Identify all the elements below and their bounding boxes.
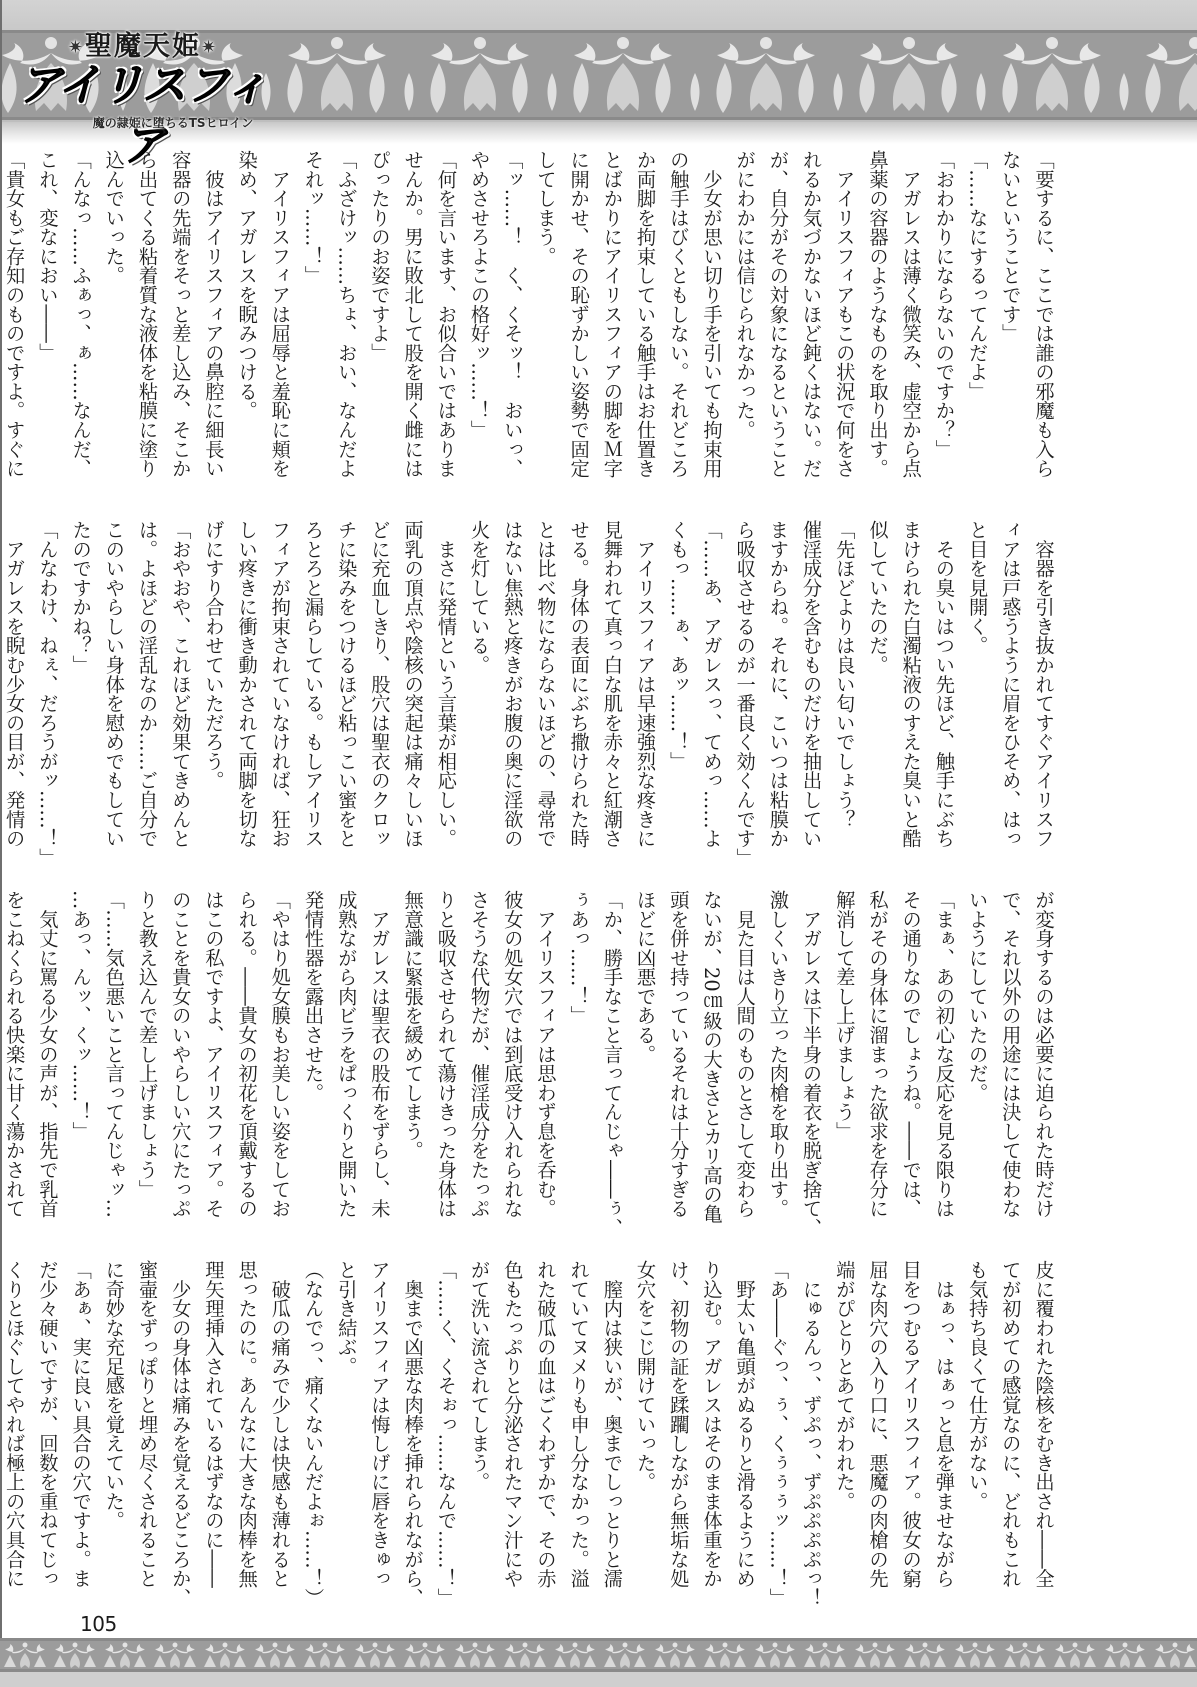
text-column: 見た目は人間のものとさして変わら xyxy=(728,890,761,1220)
text-column: 頭を併せ持っているそれは十分すぎる xyxy=(662,890,695,1220)
text-column: さそうな代物だが、催淫成分をたっぷ xyxy=(462,890,495,1220)
text-column: と目を見開く。 xyxy=(960,520,993,850)
text-column: 解消して差し上げましょう」 xyxy=(828,890,861,1220)
text-column: 理矢理挿入されているはずなのに―― xyxy=(197,1260,230,1590)
text-block-2: 容器を引き抜かれてすぐアイリスフィアは戸惑うように眉をひそめ、はっと目を見開く。… xyxy=(60,520,1060,850)
text-column: と引き結ぶ。 xyxy=(330,1260,363,1590)
text-column: 両乳の頂点や陰核の突起は痛々しいほ xyxy=(396,520,429,850)
text-column: 染め、アガレスを睨みつける。 xyxy=(230,150,263,480)
text-column: しい疼きに衝き動かされて両脚を切な xyxy=(230,520,263,850)
text-column: 「か、勝手なこと言ってんじゃ――ぅ、 xyxy=(595,890,628,1220)
text-block-1: 「要するに、ここでは誰の邪魔も入らないということです」「……なにするってんだよ」… xyxy=(60,150,1060,480)
text-column: げにすり合わせていただろう。 xyxy=(197,520,230,850)
text-block-3: が変身するのは必要に迫られた時だけで、それ以外の用途には決して使わないようにして… xyxy=(60,890,1060,1220)
text-column: まけられた白濁粘液のすえた臭いと酷 xyxy=(894,520,927,850)
text-column: 思ったのに。あんなに大きな肉棒を無 xyxy=(230,1260,263,1590)
text-column: だ少々硬いですが、回数を重ねてじっ xyxy=(31,1260,64,1590)
text-column: チに染みをつけるほど粘っこい蜜をと xyxy=(330,520,363,850)
text-column: その通りなのでしょうね。――では、 xyxy=(894,890,927,1220)
text-column: 少女の身体は痛みを覚えるどころか、 xyxy=(164,1260,197,1590)
series-logo: ✷聖魔天姫✷ アイリスフィア 魔の隷姫に堕ちるTSヒロイン xyxy=(8,10,278,128)
text-column: 「……気色悪いこと言ってんじゃッ… xyxy=(97,890,130,1220)
text-column: アガレスは薄く微笑み、虚空から点 xyxy=(894,150,927,480)
page-number: 105 xyxy=(80,1612,117,1636)
text-column: 「ふざけッ……ちょ、おい、なんだよ xyxy=(330,150,363,480)
footer-ornament-border xyxy=(0,1638,1197,1672)
text-column: 「あ――ぐっ、ぅ、くぅぅぅッ……！」 xyxy=(761,1260,794,1590)
text-column: それッ……！」 xyxy=(296,150,329,480)
star-icon: ✷ xyxy=(68,37,85,58)
text-column: 野太い亀頭がぬるりと滑るようにめ xyxy=(728,1260,761,1590)
text-column: はない焦熱と疼きがお腹の奥に淫欲の xyxy=(496,520,529,850)
text-column: 「まぁ、あの初心な反応を見る限りは xyxy=(927,890,960,1220)
text-column: （なんでっ、痛くないんだよぉ……！） xyxy=(296,1260,329,1590)
text-column: が変身するのは必要に迫られた時だけ xyxy=(1027,890,1060,1220)
text-column: これ、変なにおい――」 xyxy=(31,150,64,480)
text-column: 催淫成分を含むものだけを抽出してい xyxy=(794,520,827,850)
text-column: 容器を引き抜かれてすぐアイリスフ xyxy=(1027,520,1060,850)
text-column: ろとろと漏らしている。もしアイリス xyxy=(296,520,329,850)
text-column: ないが、20㎝級の大きさとカリ高の亀 xyxy=(695,890,728,1220)
text-column: に奇妙な充足感を覚えていた。 xyxy=(97,1260,130,1590)
text-column: 「んなわけ、ねぇ、だろうがッ……！」 xyxy=(31,520,64,850)
text-column: 彼女の処女穴では到底受け入れられな xyxy=(496,890,529,1220)
text-column: 皮に覆われた陰核をむき出され――全 xyxy=(1027,1260,1060,1590)
text-column: りと教え込んで差し上げましょう」 xyxy=(130,890,163,1220)
text-column: 「先ほどよりは良い匂いでしょう？ xyxy=(828,520,861,850)
text-column: がて洗い流されてしまう。 xyxy=(462,1260,495,1590)
text-block-4: 皮に覆われた陰核をむき出され――全てが初めての感覚なのに、どれもこれも気持ち良く… xyxy=(60,1260,1060,1590)
footer-band xyxy=(0,1672,1197,1687)
text-column: いようにしていたのだ。 xyxy=(960,890,993,1220)
text-column: 「あぁ、実に良い具合の穴ですよ。ま xyxy=(64,1260,97,1590)
text-column: アガレスは下半身の着衣を脱ぎ捨て、 xyxy=(794,890,827,1220)
text-column: 「何を言います、お似合いではありま xyxy=(429,150,462,480)
text-column: このいやらしい身体を慰めでもしてい xyxy=(97,520,130,850)
text-column: か両脚を拘束している触手はお仕置き xyxy=(628,150,661,480)
text-column: 鼻薬の容器のようなものを取り出す。 xyxy=(861,150,894,480)
text-column: 「……なにするってんだよ」 xyxy=(960,150,993,480)
text-column: をこねくられる快楽に甘く蕩かされて xyxy=(0,890,31,1220)
text-column: 見舞われて真っ白な肌を赤々と紅潮さ xyxy=(595,520,628,850)
text-column: りと吸収させられて蕩けきった身体は xyxy=(429,890,462,1220)
text-column: 無意識に緊張を緩めてしまう。 xyxy=(396,890,429,1220)
text-column: アイリスフィアもこの状況で何をさ xyxy=(828,150,861,480)
text-column: …あっ、んッ、くッ……！」 xyxy=(64,890,97,1220)
text-column: はこの私ですよ、アイリスフィア。そ xyxy=(197,890,230,1220)
text-column: られる。――貴女の初花を頂戴するの xyxy=(230,890,263,1220)
text-column: のことを貴女のいやらしい穴にたっぷ xyxy=(164,890,197,1220)
text-column: に開かせ、その恥ずかしい姿勢で固定 xyxy=(562,150,595,480)
text-column: まさに発情という言葉が相応しい。 xyxy=(429,520,462,850)
text-column: 成熟ながら肉ビラをぱっくりと開いた xyxy=(330,890,363,1220)
text-column: 激しくいきり立った肉槍を取り出す。 xyxy=(761,890,794,1220)
text-column: け、初物の証を蹂躙しながら無垢な処 xyxy=(662,1260,695,1590)
text-column: 「んなっ……ふぁっ、ぁ……なんだ、 xyxy=(64,150,97,480)
text-column: てが初めての感覚なのに、どれもこれ xyxy=(994,1260,1027,1590)
text-column: 似していたのだ。 xyxy=(861,520,894,850)
text-column: やめさせろよこの格好ッ……！」 xyxy=(462,150,495,480)
text-column: ら吸収させるのが一番良く効くんです」 xyxy=(728,520,761,850)
text-column: せんか。男に敗北して股を開く雌には xyxy=(396,150,429,480)
text-column: で、それ以外の用途には決して使わな xyxy=(994,890,1027,1220)
text-column: してしまう。 xyxy=(529,150,562,480)
text-column: くもっ……ぁ、あッ……！」 xyxy=(662,520,695,850)
text-column: り込む。アガレスはそのまま体重をか xyxy=(695,1260,728,1590)
text-column: 込んでいった。 xyxy=(97,150,130,480)
text-column: フィアが拘束されていなければ、狂お xyxy=(263,520,296,850)
text-column: たのですかね？」 xyxy=(64,520,97,850)
text-column: ィアは戸惑うように眉をひそめ、はっ xyxy=(994,520,1027,850)
text-column: ぅあっ……！」 xyxy=(562,890,595,1220)
text-column: 「やはり処女膜もお美しい姿をしてお xyxy=(263,890,296,1220)
text-column: 「ッ……！ く、くそッ！ おいっ、 xyxy=(496,150,529,480)
text-column: アガレスを睨む少女の目が、発情の xyxy=(0,520,31,850)
text-column: 「……く、くそぉっ……なんで……！」 xyxy=(429,1260,462,1590)
text-column: れた破瓜の血はごくわずかで、その赤 xyxy=(529,1260,562,1590)
text-column: がにわかには信じられなかった。 xyxy=(728,150,761,480)
text-column: 膣内は狭いが、奥までしっとりと濡 xyxy=(595,1260,628,1590)
text-column: はぁっ、はぁっと息を弾ませながら xyxy=(927,1260,960,1590)
text-column: 少女が思い切り手を引いても拘束用 xyxy=(695,150,728,480)
star-icon: ✷ xyxy=(201,37,218,58)
ornament-pattern-icon xyxy=(0,1641,1197,1669)
text-column: 容器の先端をそっと差し込み、そこか xyxy=(164,150,197,480)
text-column: 「要するに、ここでは誰の邪魔も入ら xyxy=(1027,150,1060,480)
text-column: 目をつむるアイリスフィア。彼女の窮 xyxy=(894,1260,927,1590)
text-column: アガレスは聖衣の股布をずらし、未 xyxy=(363,890,396,1220)
text-column: 彼はアイリスフィアの鼻腔に細長い xyxy=(197,150,230,480)
text-column: 奥まで凶悪な肉棒を挿れられながら、 xyxy=(396,1260,429,1590)
text-column: の触手はびくともしない。それどころ xyxy=(662,150,695,480)
text-column: 「……あ、アガレスっ、てめっ……よ xyxy=(695,520,728,850)
logo-subtitle: 魔の隷姫に堕ちるTSヒロイン xyxy=(68,114,278,131)
text-column: 「おやおや、これほど効果てきめんと xyxy=(164,520,197,850)
text-column: れていてヌメりも申し分なかった。溢 xyxy=(562,1260,595,1590)
text-column: れるか気づかないほど鈍くはない。だ xyxy=(794,150,827,480)
text-column: ら出てくる粘着質な液体を粘膜に塗り xyxy=(130,150,163,480)
text-column: ないということです」 xyxy=(994,150,1027,480)
text-column: 蜜壷をずっぽりと埋め尽くされること xyxy=(130,1260,163,1590)
text-column: は。よほどの淫乱なのか……ご自分で xyxy=(130,520,163,850)
text-column: ほどに凶悪である。 xyxy=(628,890,661,1220)
text-column: 色もたっぷりと分泌されたマン汁にや xyxy=(496,1260,529,1590)
text-column: とばかりにアイリスフィアの脚をＭ字 xyxy=(595,150,628,480)
text-column: 「貴女もご存知のものですよ。すぐに xyxy=(0,150,31,480)
text-column: 破瓜の痛みで少しは快感も薄れると xyxy=(263,1260,296,1590)
text-column: 火を灯している。 xyxy=(462,520,495,850)
text-column: が、自分がその対象になるということ xyxy=(761,150,794,480)
text-column: 私がその身体に溜まった欲求を存分に xyxy=(861,890,894,1220)
text-column: アイリスフィアは早速強烈な疼きに xyxy=(628,520,661,850)
text-column: くりとほぐしてやれば極上の穴具合に xyxy=(0,1260,31,1590)
text-column: 女穴をこじ開けていった。 xyxy=(628,1260,661,1590)
text-column: アイリスフィアは屈辱と羞恥に頬を xyxy=(263,150,296,480)
text-column: せる。身体の表面にぶち撒けられた時 xyxy=(562,520,595,850)
text-column: とは比べ物にならないほどの、尋常で xyxy=(529,520,562,850)
text-column: 気丈に罵る少女の声が、指先で乳首 xyxy=(31,890,64,1220)
text-column: ますからね。それに、こいつは粘膜か xyxy=(761,520,794,850)
text-column: も気持ち良くて仕方がない。 xyxy=(960,1260,993,1590)
text-column: どに充血しきり、股穴は聖衣のクロッ xyxy=(363,520,396,850)
text-column: 屈な肉穴の入り口に、悪魔の肉槍の先 xyxy=(861,1260,894,1590)
text-column: 発情性器を露出させた。 xyxy=(296,890,329,1220)
text-column: アイリスフィアは思わず息を呑む。 xyxy=(529,890,562,1220)
text-column: 端がぴとりとあてがわれた。 xyxy=(828,1260,861,1590)
text-column: その臭いはつい先ほど、触手にぶち xyxy=(927,520,960,850)
text-column: ぴったりのお姿ですよ」 xyxy=(363,150,396,480)
text-column: アイリスフィアは悔しげに唇をきゅっ xyxy=(363,1260,396,1590)
text-column: にゅるんっ、ずぷっ、ずぷぷぷぷっ！ xyxy=(794,1260,827,1590)
text-column: 「おわかりにならないのですか？」 xyxy=(927,150,960,480)
